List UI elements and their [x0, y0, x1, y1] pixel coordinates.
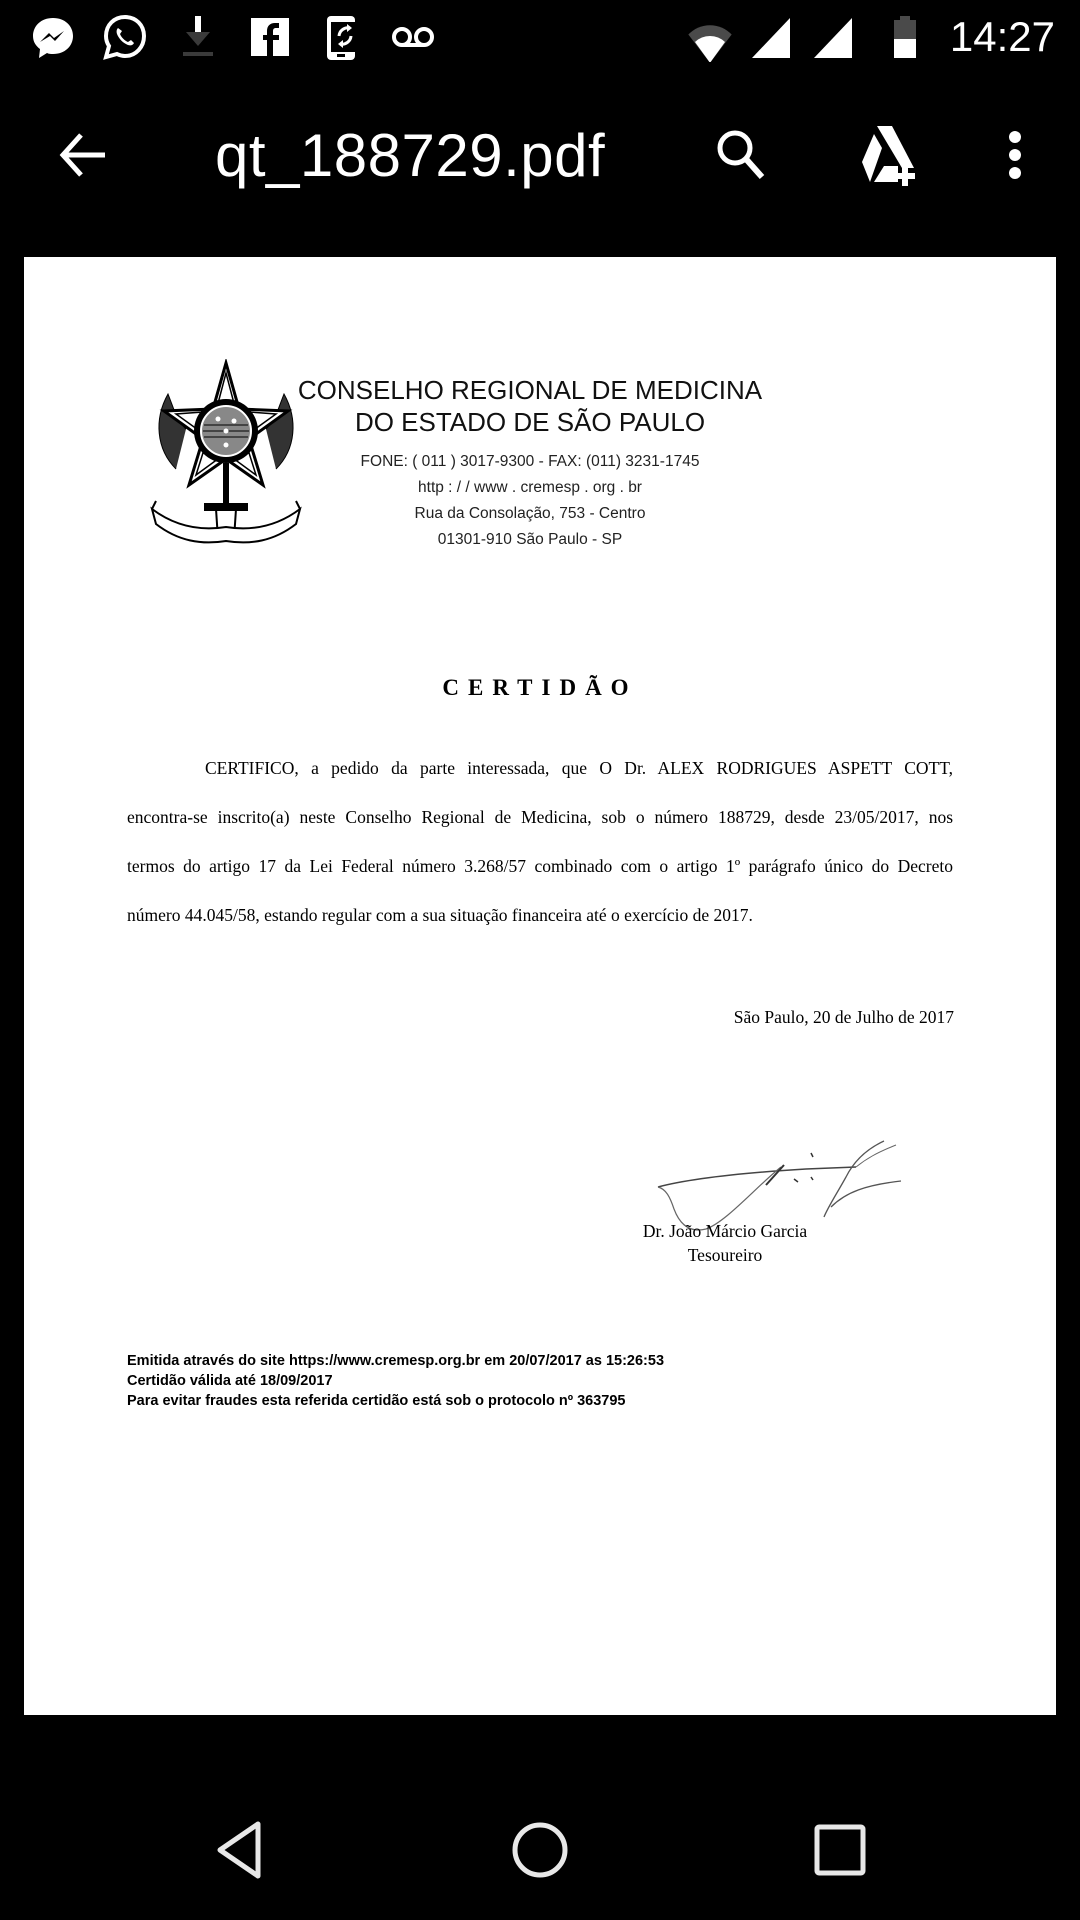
certificate-document: CONSELHO REGIONAL DE MEDICINA DO ESTADO …: [24, 257, 1056, 1715]
org-name-line2: DO ESTADO DE SÃO PAULO: [260, 407, 800, 438]
nav-back-button[interactable]: [200, 1810, 280, 1890]
body-line: número 44.045/58, estando regular com a …: [127, 902, 953, 951]
search-icon: [710, 123, 774, 187]
phone-sync-icon: [318, 12, 368, 62]
body-line: CERTIFICO, a pedido da parte interessada…: [127, 755, 953, 804]
org-website: http : / / www . cremesp . org . br: [260, 479, 800, 497]
nav-back-icon: [210, 1818, 270, 1882]
org-phone-fax: FONE: ( 011 ) 3017-9300 - FAX: (011) 323…: [260, 453, 800, 471]
place-date: São Paulo, 20 de Julho de 2017: [734, 1007, 954, 1028]
whatsapp-icon: [100, 12, 150, 62]
certificate-title: CERTIDÃO: [24, 675, 1056, 701]
issuance-note: Emitida através do site https://www.crem…: [127, 1351, 664, 1371]
signatory-role: Tesoureiro: [580, 1245, 870, 1266]
system-nav-bar: [0, 1790, 1080, 1900]
app-toolbar: qt_188729.pdf: [0, 90, 1080, 220]
clock: 14:27: [950, 12, 1055, 62]
nav-recents-icon: [810, 1820, 870, 1880]
validity-note: Certidão válida até 18/09/2017: [127, 1371, 664, 1391]
nav-recents-button[interactable]: [800, 1810, 880, 1890]
issuance-notes: Emitida através do site https://www.crem…: [127, 1351, 664, 1411]
facebook-icon: [245, 12, 295, 62]
signal-icon: [748, 12, 798, 62]
document-title: qt_188729.pdf: [215, 118, 605, 194]
status-bar: 14:27: [0, 0, 1080, 75]
back-button[interactable]: [48, 120, 118, 190]
more-vert-icon: [1000, 125, 1030, 185]
pdf-page[interactable]: CONSELHO REGIONAL DE MEDICINA DO ESTADO …: [24, 257, 1056, 1715]
drive-add-icon: [852, 120, 922, 190]
nav-home-icon: [508, 1818, 572, 1882]
download-icon: [173, 12, 223, 62]
signal-icon: [810, 12, 860, 62]
org-name-line1: CONSELHO REGIONAL DE MEDICINA: [260, 375, 800, 406]
more-options-button[interactable]: [980, 120, 1050, 190]
signatory-name: Dr. João Márcio Garcia: [580, 1221, 870, 1242]
search-button[interactable]: [707, 120, 777, 190]
protocol-note: Para evitar fraudes esta referida certid…: [127, 1391, 664, 1411]
certificate-body: CERTIFICO, a pedido da parte interessada…: [127, 755, 953, 951]
org-postal: 01301-910 São Paulo - SP: [260, 531, 800, 549]
body-line: termos do artigo 17 da Lei Federal númer…: [127, 853, 953, 902]
body-line: encontra-se inscrito(a) neste Conselho R…: [127, 804, 953, 853]
wifi-icon: [685, 12, 735, 62]
arrow-back-icon: [53, 125, 113, 185]
add-to-drive-button[interactable]: [852, 120, 922, 190]
nav-home-button[interactable]: [500, 1810, 580, 1890]
org-address: Rua da Consolação, 753 - Centro: [260, 505, 800, 523]
battery-icon: [880, 12, 930, 62]
voicemail-icon: [388, 12, 438, 62]
messenger-icon: [28, 12, 78, 62]
